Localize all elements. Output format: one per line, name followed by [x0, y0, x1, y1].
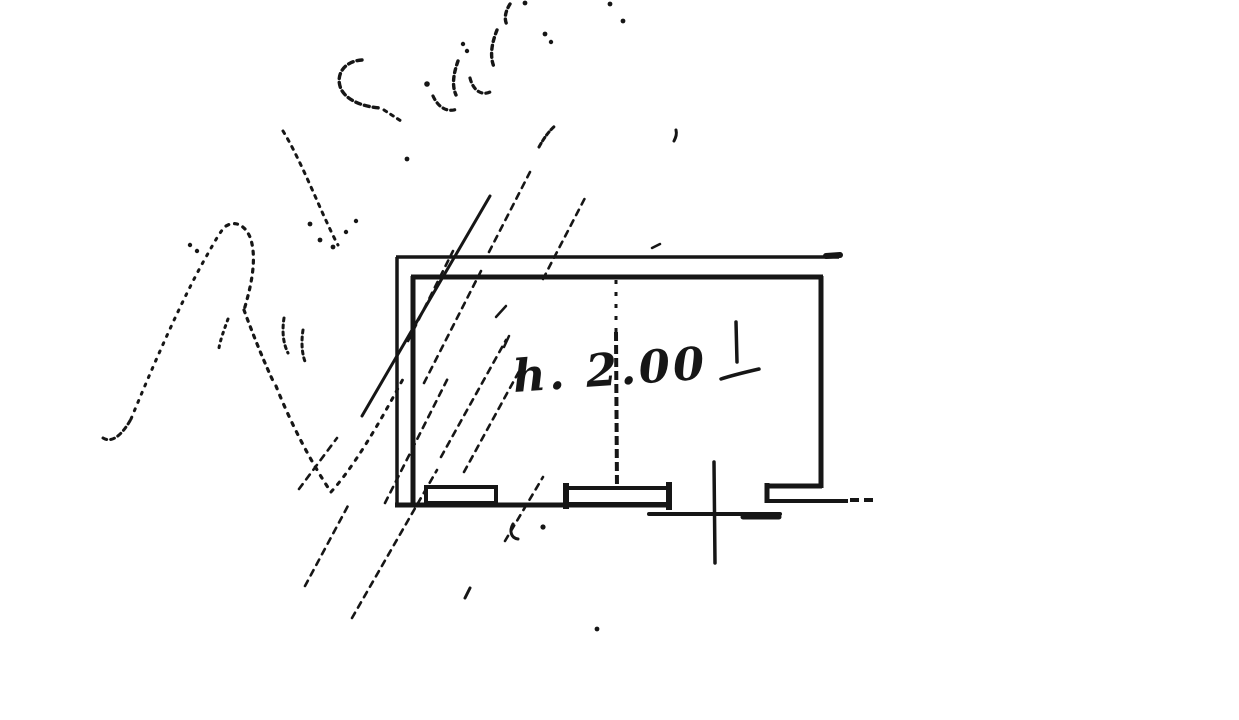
corner-symbol-vertical [736, 322, 737, 362]
stray-tick-2 [465, 588, 470, 598]
ink-dot [331, 245, 336, 250]
scanned-document-page: h. 2.00 [0, 0, 1239, 720]
stray-arrow-mark [496, 306, 506, 317]
ink-dot [621, 19, 626, 24]
ink-dot [543, 32, 548, 37]
hatch-line-10 [543, 196, 586, 279]
window-middle [565, 488, 669, 504]
ink-dot [424, 81, 430, 87]
ink-dot [344, 230, 348, 234]
hatch-line-4 [385, 376, 449, 503]
cursive-hook [103, 419, 131, 440]
window-left [426, 487, 496, 503]
ink-dot [188, 243, 192, 247]
ink-dot [608, 2, 613, 7]
hatch-line-7 [441, 340, 506, 457]
cursive-tick-1 [539, 125, 556, 147]
ink-dot [195, 249, 199, 253]
cursive-x-tail [219, 319, 228, 348]
ink-stroke-layer [103, 1, 877, 632]
ink-dot [540, 524, 545, 529]
height-annotation: h. 2.00 [511, 337, 709, 403]
ink-dot [465, 49, 469, 53]
cursive-flourish [283, 131, 338, 245]
cursive-u2 [470, 78, 490, 93]
ink-dot [308, 222, 313, 227]
hatch-line-9 [489, 172, 530, 252]
cursive-ij-1 [283, 318, 288, 353]
hatch-line-2 [305, 502, 350, 586]
outer-wall-top-end [826, 255, 840, 256]
cursive-descender-1 [244, 310, 274, 383]
ink-dot [523, 1, 528, 6]
cursive-i1 [454, 61, 458, 95]
ink-dot [354, 219, 358, 223]
ink-dot [318, 238, 323, 243]
cursive-u1 [433, 96, 457, 110]
ink-dot [461, 42, 465, 46]
ink-dot [595, 627, 600, 632]
corner-symbol-base [721, 369, 759, 379]
cursive-apostrophe [674, 130, 676, 141]
cursive-upstroke [331, 379, 403, 492]
cursive-i2 [492, 30, 497, 67]
cursive-descender-2 [276, 386, 331, 492]
cursive-s-tail [384, 110, 401, 121]
stray-dash-top-wall [652, 244, 660, 248]
cursive-arc [131, 226, 226, 419]
cursive-s-curve [339, 60, 381, 108]
ink-dot [549, 40, 553, 44]
cursive-ij-2 [302, 330, 306, 364]
hatch-line-3 [299, 438, 337, 489]
cursive-apex-loop [226, 224, 253, 310]
ink-dot [405, 157, 410, 162]
cursive-i3 [505, 4, 510, 25]
hatch-line-6 [424, 271, 481, 383]
floor-plan-sketch: h. 2.00 [0, 0, 1239, 720]
hatch-line-1 [352, 470, 437, 618]
